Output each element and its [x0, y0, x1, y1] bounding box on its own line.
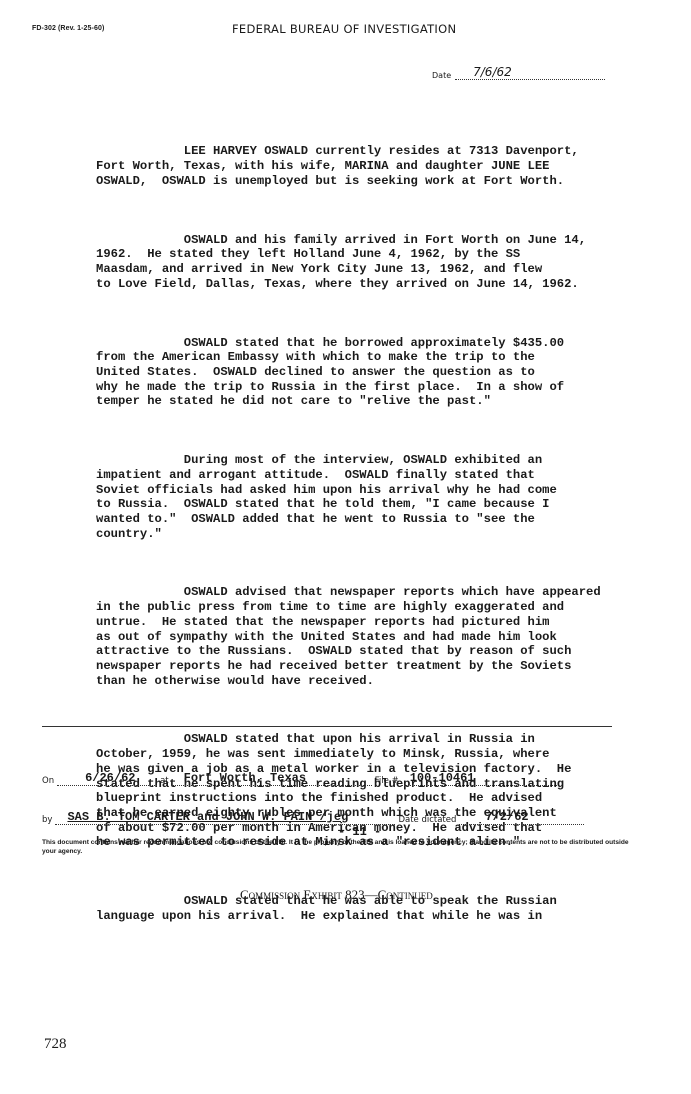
form-id: FD-302 (Rev. 1-25-60)	[32, 25, 104, 32]
date-label: Date	[432, 71, 451, 80]
interview-info-row: On 6/26/62 at Fort Worth, Texas File # 1…	[42, 771, 560, 786]
paragraph: OSWALD and his family arrived in Fort Wo…	[96, 233, 686, 292]
agents-row: by SAS B. TOM CARTER and JOHN W. FAIN /j…	[42, 810, 587, 825]
exhibit-caption: Commission Exhibit 823—Continued	[240, 887, 433, 903]
at-label: at	[160, 776, 169, 786]
page-number: - 11 -	[338, 825, 381, 839]
dictated-label: Date dictated	[398, 815, 456, 825]
folio-number: 728	[44, 1036, 67, 1053]
paragraph: OSWALD advised that newspaper reports wh…	[96, 585, 686, 688]
file-label: File #	[375, 776, 399, 786]
fbi-disclaimer: This document contains neither recommend…	[42, 838, 642, 856]
paragraph: OSWALD stated that he borrowed approxima…	[96, 336, 686, 410]
dictated-date: 7/2/62	[459, 810, 584, 825]
paragraph: LEE HARVEY OSWALD currently resides at 7…	[96, 144, 686, 188]
agent-names: SAS B. TOM CARTER and JOHN W. FAIN /jeg	[55, 810, 395, 825]
paragraph: During most of the interview, OSWALD exh…	[96, 453, 686, 541]
by-label: by	[42, 815, 52, 825]
divider-rule	[42, 726, 612, 727]
interview-date: 6/26/62	[57, 771, 157, 786]
date-value: 7/6/62	[455, 66, 605, 80]
report-date: Date 7/6/62	[432, 66, 605, 80]
agency-title: FEDERAL BUREAU OF INVESTIGATION	[232, 22, 456, 36]
file-number: 100-10461	[402, 771, 557, 786]
on-label: On	[42, 776, 54, 786]
paragraph: OSWALD stated that upon his arrival in R…	[96, 732, 686, 850]
interview-location: Fort Worth, Texas	[172, 771, 372, 786]
